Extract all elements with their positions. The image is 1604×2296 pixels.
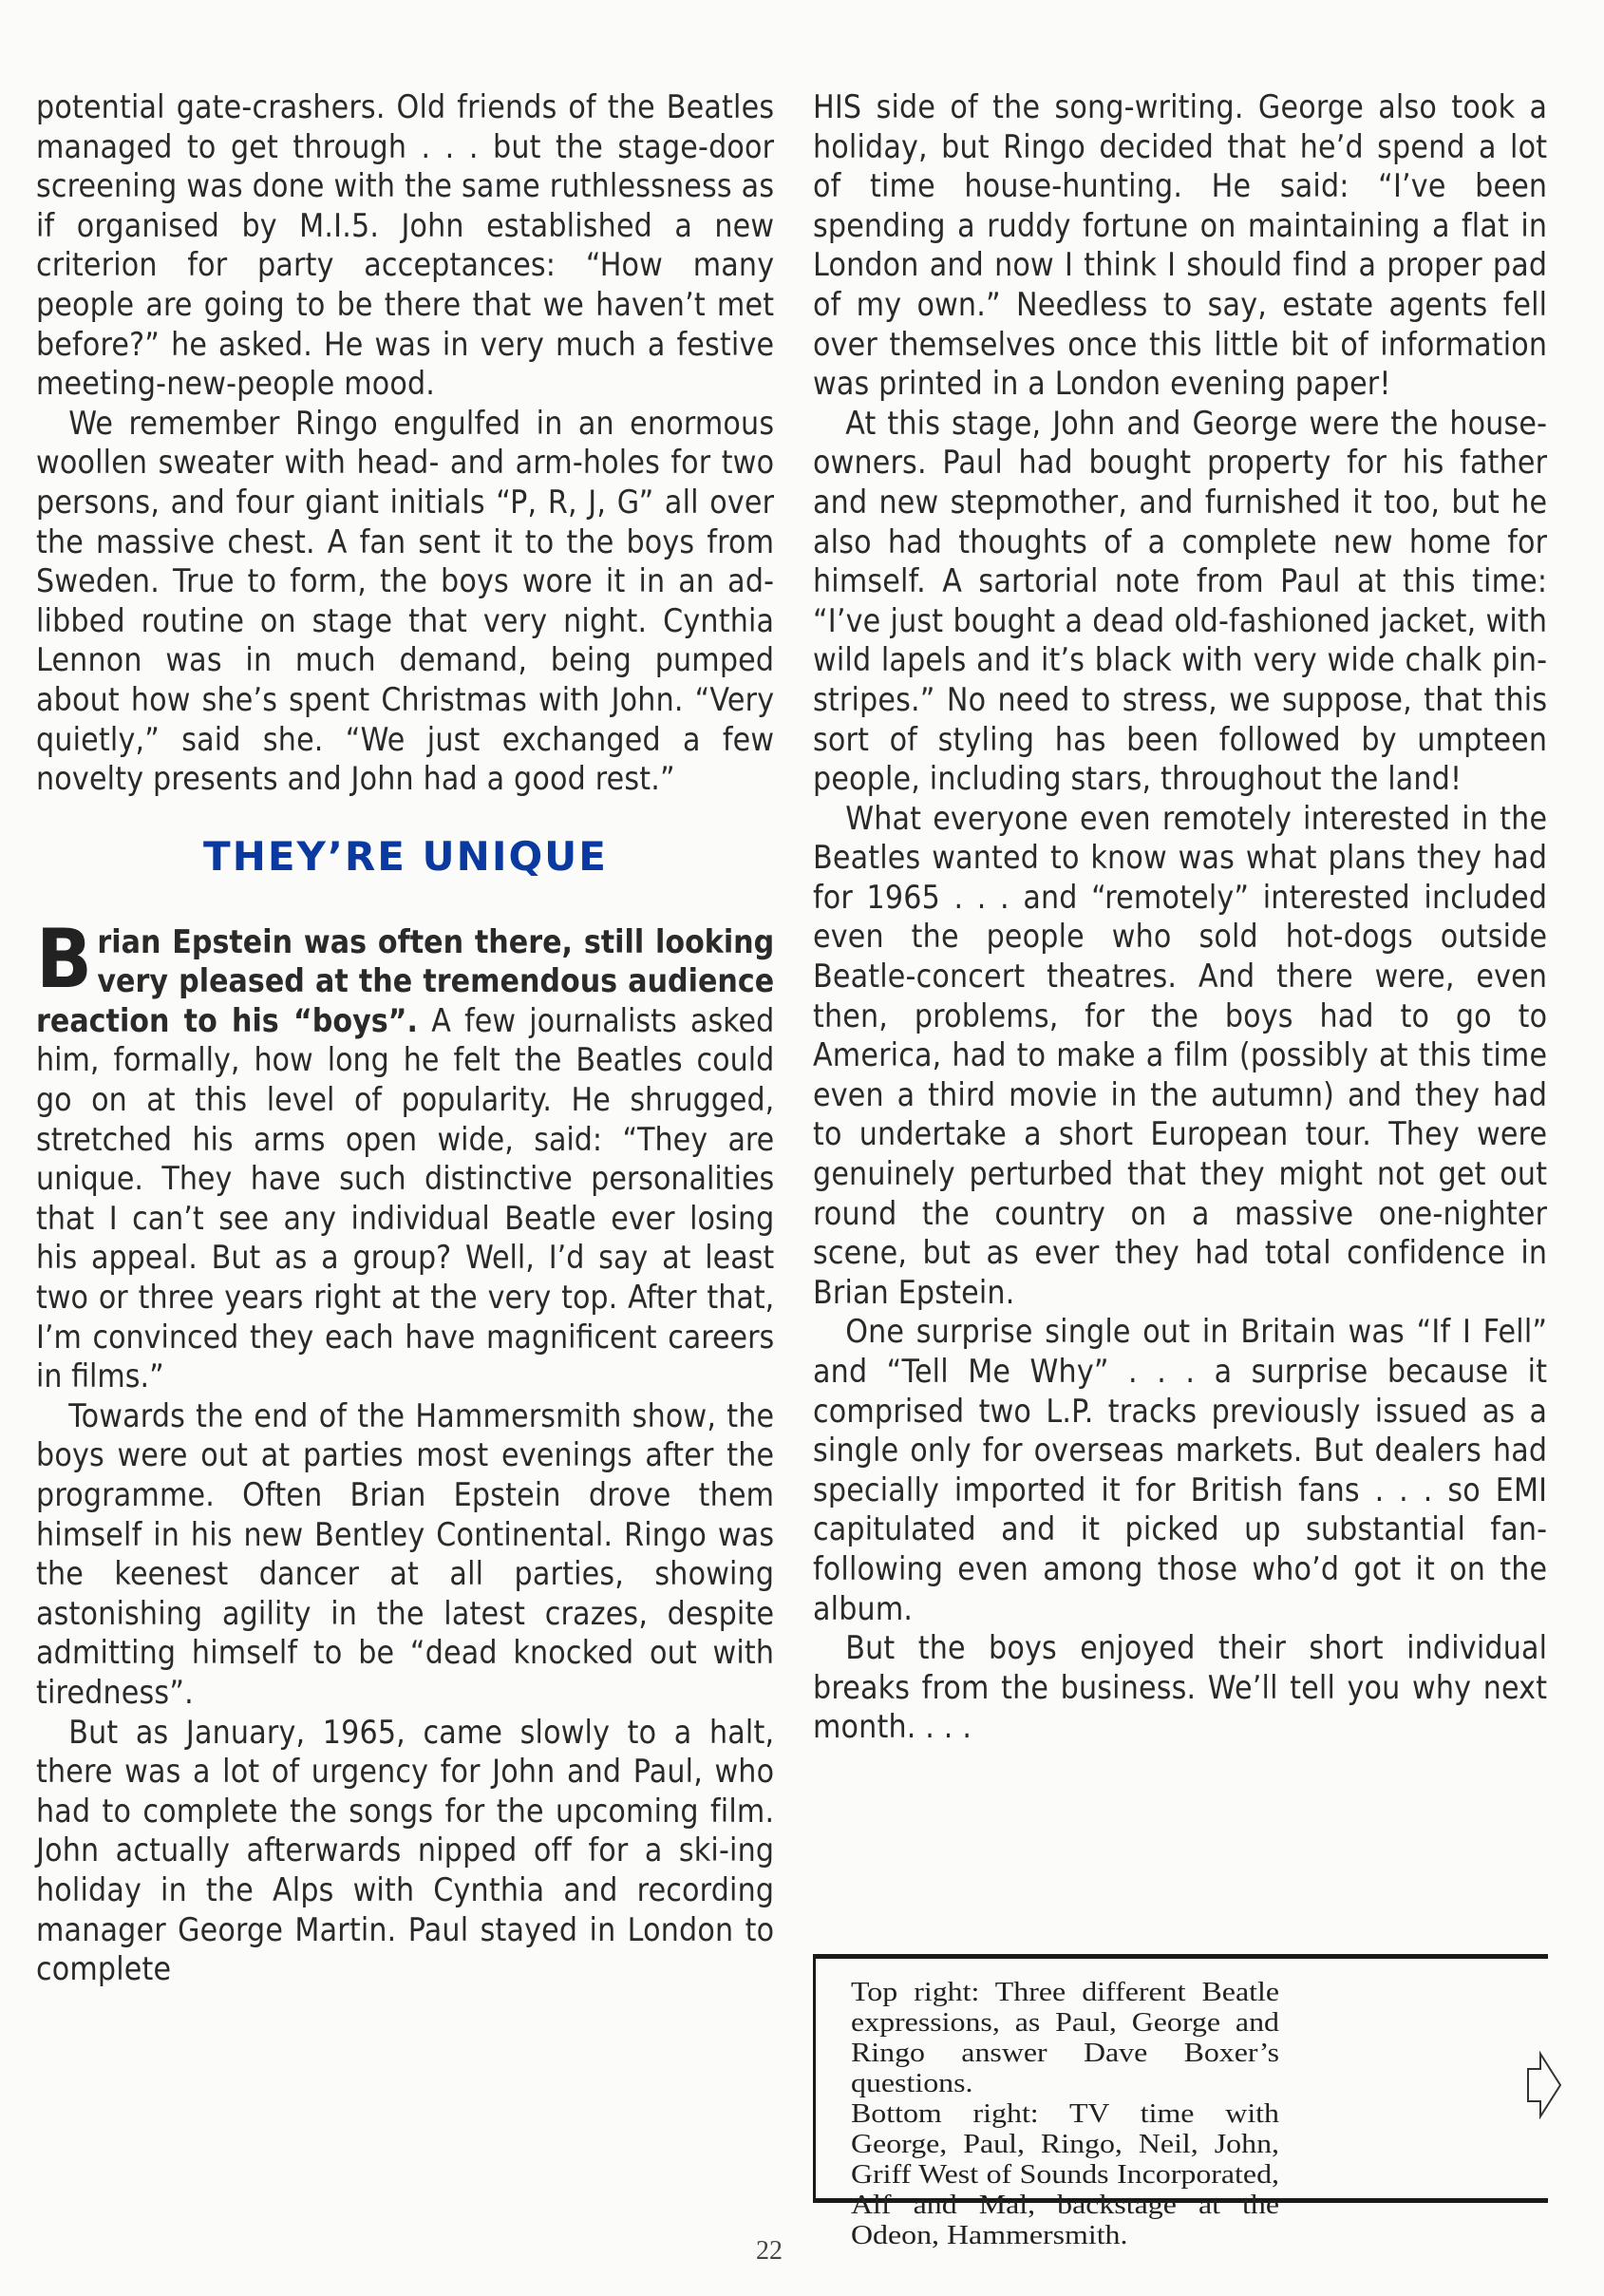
magazine-page: potential gate-crashers. Old friends of … <box>0 0 1604 2296</box>
paragraph: Towards the end of the Hammersmith show,… <box>36 1396 774 1713</box>
page-number: 22 <box>756 2236 783 2267</box>
caption-text: Top right: Three different Beatle expres… <box>851 1977 1279 2250</box>
paragraph: But the boys enjoyed their short individ… <box>813 1628 1547 1747</box>
right-column: HIS side of the song-writing. George als… <box>813 87 1548 1747</box>
paragraph: We remember Ringo engulfed in an enormou… <box>36 404 774 799</box>
lead-regular-text: A few journalists asked him, formally, h… <box>36 1002 774 1395</box>
paragraph: What everyone even remotely interested i… <box>813 799 1547 1313</box>
paragraph: One surprise single out in Britain was “… <box>813 1312 1547 1628</box>
paragraph: But as January, 1965, came slowly to a h… <box>36 1713 774 1989</box>
photo-caption-box: Top right: Three different Beatle expres… <box>813 1954 1548 2203</box>
left-column: potential gate-crashers. Old friends of … <box>36 87 775 1989</box>
caption-top-right: Top right: Three different Beatle expres… <box>851 1977 1279 2098</box>
arrow-right-icon <box>1525 2051 1563 2119</box>
caption-bottom-right: Bottom right: TV time with George, Paul,… <box>851 2098 1279 2250</box>
paragraph: potential gate-crashers. Old friends of … <box>36 87 774 404</box>
paragraph: At this stage, John and George were the … <box>813 404 1547 799</box>
paragraph: HIS side of the song-writing. George als… <box>813 87 1547 404</box>
drop-cap: B <box>36 928 92 991</box>
lead-paragraph: Brian Epstein was often there, still loo… <box>36 922 774 1396</box>
section-heading: THEY’RE UNIQUE <box>36 833 775 881</box>
